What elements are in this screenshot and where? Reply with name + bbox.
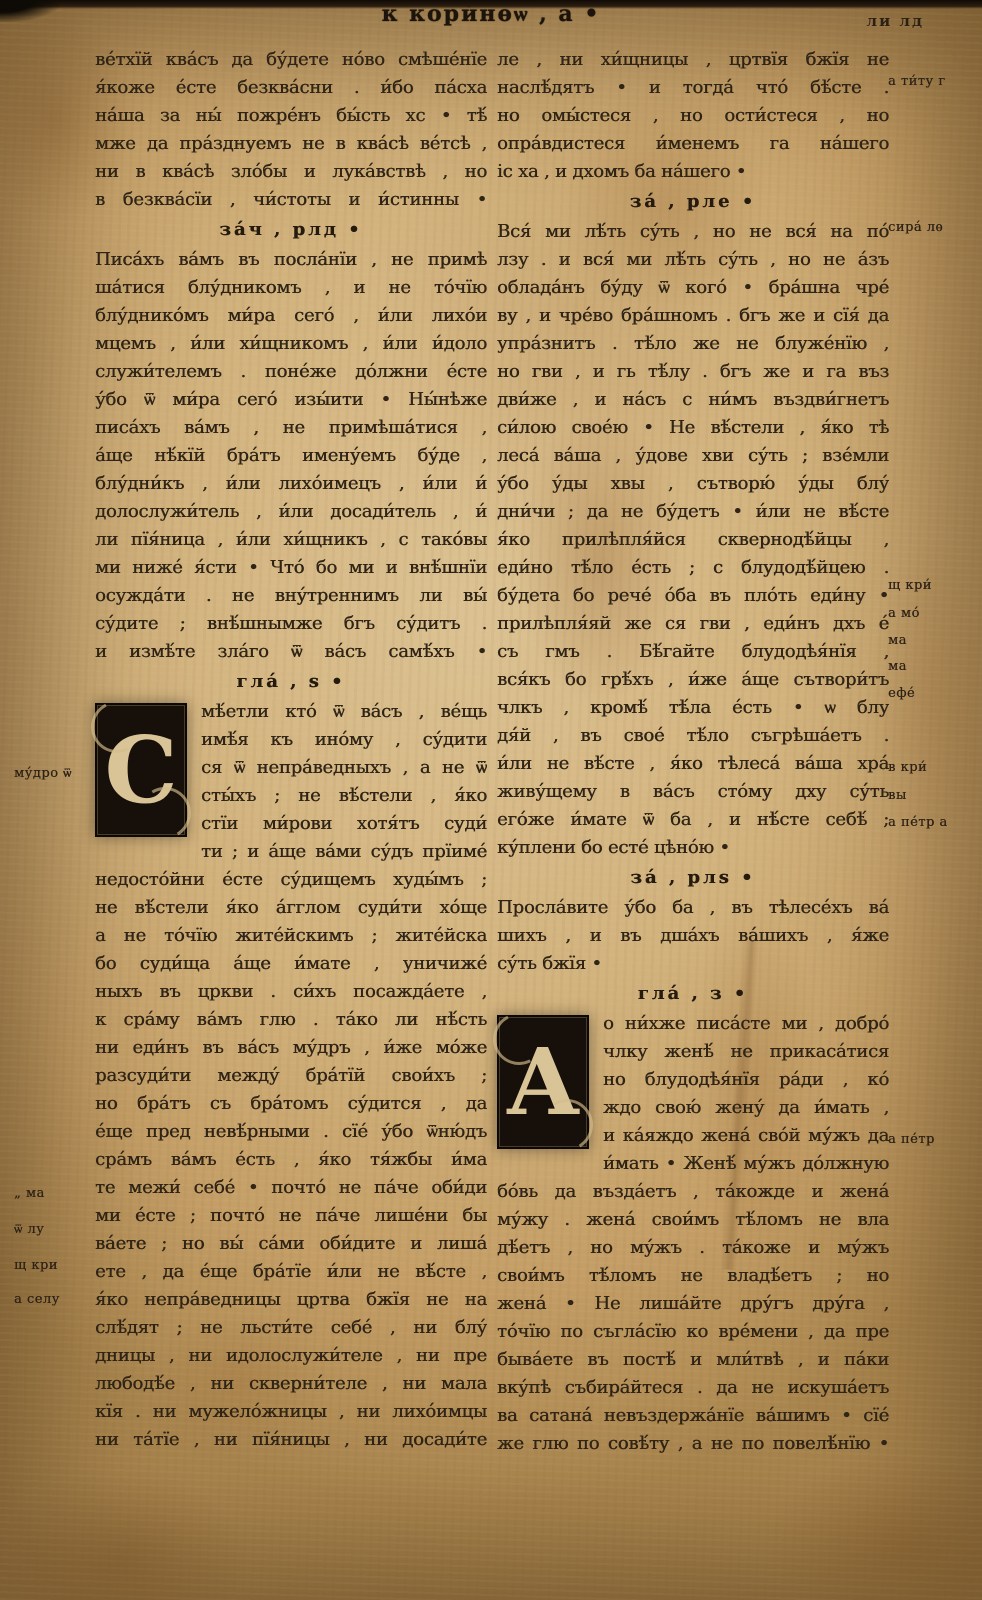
- text-line: на́ша за ны́ пожре́нъ бы́сть хс • тѣ́: [95, 102, 487, 130]
- text-line: вку́пѣ събира́йтеся . да не искуша́етъ: [497, 1374, 889, 1402]
- margin-cross-reference: а селу: [14, 1292, 60, 1307]
- text-line: мцемъ , и́ли хи́щникомъ , и́ли и́доло: [95, 330, 487, 358]
- text-line: дѣ́етъ , но му́жъ . та́коже и му́жъ: [497, 1234, 889, 1262]
- margin-cross-reference: ѿ лу: [14, 1222, 44, 1237]
- text-line: су́ть бжїя •: [497, 950, 889, 978]
- text-line: лзу . и вся́ ми лѣ́ть су́ть , но не а́зъ: [497, 246, 889, 274]
- text-line: Писа́хъ ва́мъ въ посла́нїи , не примѣ: [95, 246, 487, 274]
- text-line: а́ще нѣ́кїй бра́тъ имену́емъ бу́де ,: [95, 442, 487, 470]
- text-line: сты́хъ ; не вѣ́стели , я́ко: [201, 782, 487, 810]
- text-line: ныхъ въ цркви . си́хъ посажда́ете ,: [95, 978, 487, 1006]
- text-line: ку́плени бо есте́ цѣно́ю •: [497, 834, 889, 862]
- text-line: съ гмъ . Бѣ́гайте блудодѣя́нїя ,: [497, 638, 889, 666]
- parchment-page: к кори́нѳѡ , а • ли лд ве́тхїй ква́съ да…: [0, 0, 982, 1600]
- margin-cross-reference: сира́ лѳ: [888, 220, 943, 235]
- text-line: любодѣ́е , ни скверни́теле , ни мала: [95, 1370, 487, 1398]
- text-line: я́ко непра́ведницы цртва бжїя не на: [95, 1286, 487, 1314]
- margin-cross-reference: а мо́: [888, 606, 920, 621]
- section-heading: гла́ , з •: [497, 978, 889, 1010]
- text-line: ни та́тїе , ни пїя́ницы , ни досади́те: [95, 1426, 487, 1454]
- text-line: а не то́чїю жите́йскимъ ; жите́йска: [95, 922, 487, 950]
- text-line: сра́мъ ва́мъ е́сть , я́ко тя́жбы и́ма: [95, 1146, 487, 1174]
- margin-cross-reference: а пе́тр а: [888, 815, 948, 830]
- dropcap-block: Смѣ́етли кто́ ѿ ва́съ , ве́щьимѣ́я къ ин…: [95, 698, 487, 838]
- text-line: стїи ми́рови хотя́тъ суди́: [201, 810, 487, 838]
- text-line: но блудодѣя́нїя ра́ди , ко́: [603, 1066, 889, 1094]
- ornate-initial-letter: С: [95, 703, 187, 837]
- text-line: ми ниже́ я́сти • Что́ бо ми и внѣ́шнїи: [95, 554, 487, 582]
- text-line: ми е́сте ; почто́ не па́че лише́ни бы: [95, 1202, 487, 1230]
- text-line: в безква́сїи , чи́стоты и и́стинны •: [95, 186, 487, 214]
- text-line: я́коже е́сте безква́сни . и́бо па́сха: [95, 74, 487, 102]
- margin-cross-reference: му́дро ѿ: [14, 766, 72, 781]
- margin-cross-reference: „ ма: [14, 1186, 45, 1201]
- text-line: упра́знитъ . тѣ́ло же не блуже́нїю ,: [497, 330, 889, 358]
- text-line: же глю по совѣ́ту , а не по повелѣ́нїю •: [497, 1430, 889, 1458]
- text-line: служи́телемъ . поне́же до́лжни е́сте: [95, 358, 487, 386]
- text-line: живу́щему в ва́съ сто́му дху су́ть: [497, 778, 889, 806]
- text-line: те межи́ себе́ • почто́ не па́че оби́ди: [95, 1174, 487, 1202]
- margin-cross-reference: вы: [888, 788, 907, 803]
- text-line: долослужи́тель , и́ли досади́тель , и́: [95, 498, 487, 526]
- text-line: е́ще пред невѣ́рными . сїе́ у́бо ѿню́дъ: [95, 1118, 487, 1146]
- margin-cross-reference: ма: [888, 659, 907, 674]
- text-line: ле , ни хи́щницы , цртвїя бжїя не: [497, 46, 889, 74]
- text-line: я́ко прилѣпля́йся сквернодѣ́йцы ,: [497, 526, 889, 554]
- text-line: іс ха , и дхомъ ба на́шего •: [497, 158, 889, 186]
- text-line: но гви , и гь тѣ́лу . бгъ же и га въз: [497, 358, 889, 386]
- text-line: жена́ • Не лиша́йте дру́гъ дру́га ,: [497, 1290, 889, 1318]
- margin-cross-reference: ма: [888, 633, 907, 648]
- ornate-initial-letter: А: [497, 1015, 589, 1149]
- page-top-left-corner-shadow: [0, 0, 60, 22]
- section-heading: за́ , рлѕ •: [497, 862, 889, 894]
- column-left: ве́тхїй ква́съ да бу́дете но́во смѣше́нї…: [95, 46, 487, 1454]
- text-line: му́жу . жена́ свои́мъ тѣ́ломъ не вла: [497, 1206, 889, 1234]
- text-line: разсуди́ти между́ бра́тїй свои́хъ ;: [95, 1062, 487, 1090]
- text-line: но бра́тъ съ бра́томъ су́дится , да: [95, 1090, 487, 1118]
- text-line: и́мать • Женѣ́ му́жъ до́лжную лю: [603, 1150, 889, 1178]
- text-line: блу́дни́къ , и́ли лихо́имецъ , и́ли и́: [95, 470, 487, 498]
- text-line: ни в ква́сѣ зло́бы и лука́вствѣ , но: [95, 158, 487, 186]
- text-line: и ка́яждо жена́ сво́й му́жъ да: [603, 1122, 889, 1150]
- text-line: ни еди́нъ въ ва́съ му́дръ , и́же мо́же: [95, 1034, 487, 1062]
- text-line: не вѣ́стели я́ко а́гглом суди́ти хо́ще: [95, 894, 487, 922]
- text-line: о ни́хже писа́сте ми , добро́: [603, 1010, 889, 1038]
- text-line: су́дите ; внѣ́шнымже бгъ су́дитъ .: [95, 610, 487, 638]
- margin-cross-reference: а ти́ту г: [888, 74, 946, 89]
- text-line: дви́же , и на́съ с ни́мъ въздви́гнетъ: [497, 386, 889, 414]
- text-line: ждо свою́ жену́ да и́мать ,: [603, 1094, 889, 1122]
- margin-cross-reference: ефе́: [888, 686, 915, 701]
- text-line: у́бо ѿ ми́ра сего́ изы́ити • Ны́нѣже: [95, 386, 487, 414]
- text-line: но омы́стеся , но ости́стеся , но: [497, 102, 889, 130]
- section-heading: за́ , рле •: [497, 186, 889, 218]
- text-line: си́лою свое́ю • Не вѣ́стели , я́ко тѣ: [497, 414, 889, 442]
- text-line: прилѣпля́яй же ся гви , еди́нъ дхъ е́: [497, 610, 889, 638]
- text-line: ве́тхїй ква́съ да бу́дете но́во смѣше́нї…: [95, 46, 487, 74]
- text-line: быва́ете въ постѣ́ и мли́твѣ , и па́ки: [497, 1346, 889, 1374]
- text-line: недосто́йни е́сте су́дищемъ худы́мъ ;: [95, 866, 487, 894]
- text-line: опра́вдистеся и́менемъ га на́шего: [497, 130, 889, 158]
- text-line: его́же и́мате ѿ ба , и нѣ́сте себѣ́ ;: [497, 806, 889, 834]
- text-line: дни́чи ; да не бу́детъ • и́ли не вѣ́сте: [497, 498, 889, 526]
- text-line: бу́дета бо рече́ о́ба въ пло́ть еди́ну •: [497, 582, 889, 610]
- margin-cross-reference: а пе́тр: [888, 1132, 935, 1147]
- text-line: свои́мъ тѣ́ломъ не владѣ́етъ ; но: [497, 1262, 889, 1290]
- text-line: и измѣ́те зла́го ѿ ва́съ самѣ́хъ •: [95, 638, 487, 666]
- margin-cross-reference: щ кри: [14, 1258, 58, 1273]
- text-line: осужда́ти . не вну́треннимъ ли вы́: [95, 582, 487, 610]
- folio-number: ли лд: [867, 12, 925, 30]
- text-line: леса́ ва́ша , у́дове хви су́ть ; взе́мли: [497, 442, 889, 470]
- text-line: ете , да е́ще бра́тїе и́ли не вѣ́сте ,: [95, 1258, 487, 1286]
- text-line: мѣ́етли кто́ ѿ ва́съ , ве́щь: [201, 698, 487, 726]
- text-line: ва сатана́ невъздержа́нїе ва́шимъ • сїе́: [497, 1402, 889, 1430]
- text-line: кїя . ни мужело́жницы , ни лихо́имцы: [95, 1398, 487, 1426]
- text-line: ся ѿ непра́ведныхъ , а не ѿ: [201, 754, 487, 782]
- text-line: у́бо у́ды хвы , сътворю́ у́ды блу́: [497, 470, 889, 498]
- text-line: блу́днико́мъ ми́ра сего́ , и́ли лихо́и: [95, 302, 487, 330]
- text-line: дя́й , въ свое́ тѣ́ло съгрѣша́етъ .: [497, 722, 889, 750]
- text-line: наслѣ́дятъ • и тогда́ что́ бѣ́сте .: [497, 74, 889, 102]
- section-heading: гла́ , ѕ •: [95, 666, 487, 698]
- text-line: к сра́му ва́мъ глю . та́ко ли нѣ́сть: [95, 1006, 487, 1034]
- text-line: то́чїю по съгла́сїю ко вре́мени , да пре: [497, 1318, 889, 1346]
- margin-cross-reference: щ кри́: [888, 578, 932, 593]
- page-top-edge-shadow: [0, 0, 982, 9]
- text-line: члку женѣ́ не прикаса́тися: [603, 1038, 889, 1066]
- text-line: слѣ́дят ; не льсти́те себе́ , ни блу́: [95, 1314, 487, 1342]
- text-line: ли пїя́ница , и́ли хи́щникъ , с тако́вы: [95, 526, 487, 554]
- column-right: ле , ни хи́щницы , цртвїя бжїя ненаслѣ́д…: [497, 46, 889, 1458]
- text-line: Вся́ ми лѣ́ть су́ть , но не вся́ на по́: [497, 218, 889, 246]
- text-line: писа́хъ ва́мъ , не примѣша́тися ,: [95, 414, 487, 442]
- text-line: имѣ́я къ ино́му , су́дити: [201, 726, 487, 754]
- text-line: ти ; и а́ще ва́ми су́дъ прїиме́ ми́ръ ,: [201, 838, 487, 866]
- text-line: еди́но тѣ́ло е́сть ; с блудодѣ́йцею .: [497, 554, 889, 582]
- text-line: члкъ , кромѣ́ тѣ́ла е́сть • ѡ блу: [497, 694, 889, 722]
- text-line: вся́къ бо грѣ́хъ , и́же а́ще сътвори́тъ: [497, 666, 889, 694]
- text-line: Просла́вите у́бо ба , въ тѣлесе́хъ ва́: [497, 894, 889, 922]
- text-line: облада́нъ бу́ду ѿ кого́ • бра́шна чре́: [497, 274, 889, 302]
- text-line: мже да пра́зднуемъ не в ква́сѣ ве́тсѣ ,: [95, 130, 487, 158]
- margin-cross-reference: в кри́: [888, 760, 927, 775]
- text-line: и́ли не вѣ́сте , я́ко тѣлеса́ ва́ша хра́: [497, 750, 889, 778]
- text-line: ша́тися блу́дникомъ , и не то́чїю: [95, 274, 487, 302]
- text-line: ва́ете ; но вы́ са́ми оби́дите и лиша́: [95, 1230, 487, 1258]
- dropcap-block: Ао ни́хже писа́сте ми , добро́члку женѣ́…: [497, 1010, 889, 1150]
- section-heading: за́ч , рлд •: [95, 214, 487, 246]
- text-line: бо́вь да възда́етъ , та́кожде и жена́: [497, 1178, 889, 1206]
- text-line: бо суди́ща а́ще и́мате , уничиже́: [95, 950, 487, 978]
- text-line: ву , и чре́во бра́шномъ . бгъ же и сїя́ …: [497, 302, 889, 330]
- text-line: шихъ , и въ дша́хъ ва́шихъ , я́же: [497, 922, 889, 950]
- text-line: дницы , ни идолослужи́теле , ни пре: [95, 1342, 487, 1370]
